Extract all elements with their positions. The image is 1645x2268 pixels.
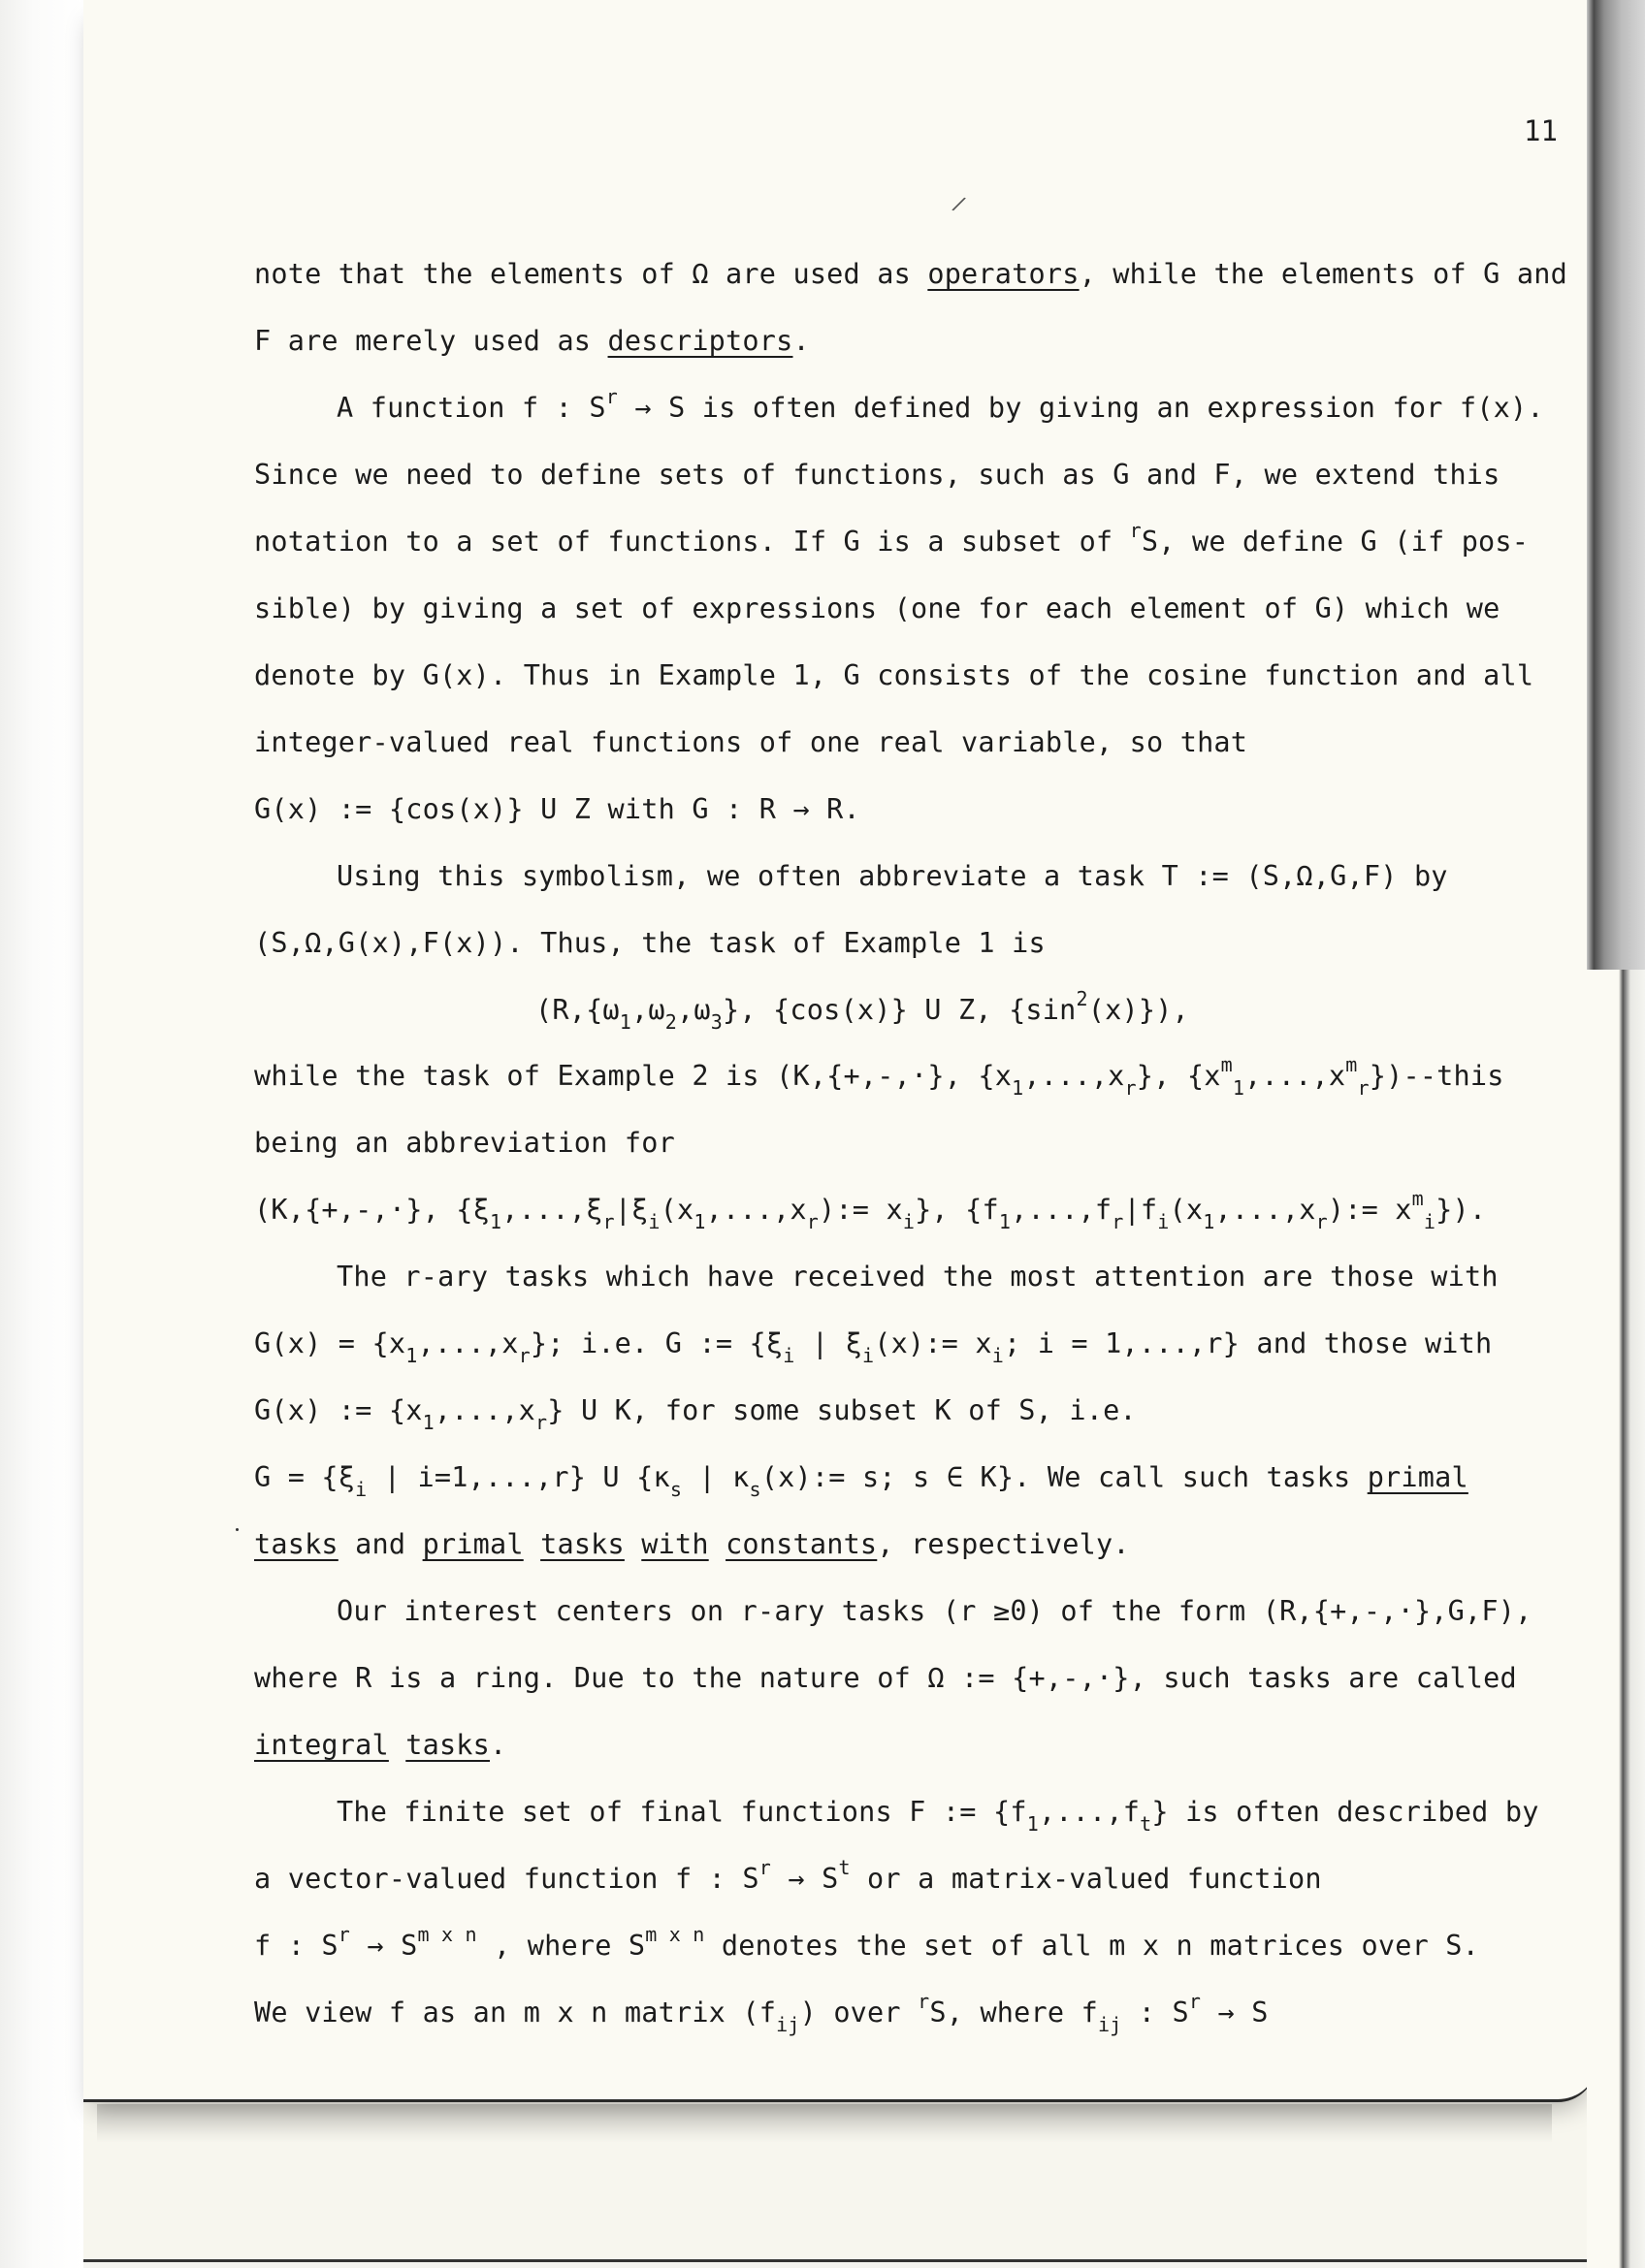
text-line: We view f as an m x n matrix (fij) over … [254,1979,1554,2046]
term-tasks: tasks [540,1528,625,1560]
text-line: F are merely used as descriptors. [254,307,1554,374]
term-tasks: tasks [254,1528,339,1560]
body-text: note that the elements of Ω are used as … [254,240,1554,2046]
text-line: The finite set of final functions F := {… [254,1778,1554,1845]
term-tasks: tasks [405,1729,490,1761]
text-line: G = {ξi | i=1,...,r} U {κs | κs(x):= s; … [254,1444,1554,1511]
term-integral: integral [254,1729,389,1761]
scan-left-margin [0,0,83,2268]
text-line: integer-valued real functions of one rea… [254,709,1554,776]
text-line: sible) by giving a set of expressions (o… [254,575,1554,642]
text-line: f : Sr → Sm x n , where Sm x n denotes t… [254,1912,1554,1979]
text-line: Since we need to define sets of function… [254,441,1554,508]
page-shadow [97,2104,1552,2143]
display-formula: (R,{ω1,ω2,ω3}, {cos(x)} U Z, {sin2(x)}), [254,976,1554,1042]
text-line: being an abbreviation for [254,1109,1554,1176]
text-line: a vector-valued function f : Sr → St or … [254,1845,1554,1912]
text-line: G(x) := {cos(x)} U Z with G : R → R. [254,776,1554,843]
text-line: where R is a ring. Due to the nature of … [254,1645,1554,1711]
scan-right-edge-lower [1587,970,1645,2268]
text-line: notation to a set of functions. If G is … [254,508,1554,575]
text-line: integral tasks. [254,1711,1554,1778]
term-primal: primal [423,1528,524,1560]
text-line: (S,Ω,G(x),F(x)). Thus, the task of Examp… [254,910,1554,976]
term-operators: operators [927,258,1079,290]
text-line: A function f : Sr → S is often defined b… [254,374,1554,441]
stray-dot [236,1528,239,1531]
text-line: (K,{+,-,·}, {ξ1,...,ξr|ξi(x1,...,xr):= x… [254,1176,1554,1243]
term-with: with [641,1528,708,1560]
page-number: 11 [1524,114,1558,147]
text-line: G(x) = {x1,...,xr}; i.e. G := {ξi | ξi(x… [254,1310,1554,1377]
text-line: while the task of Example 2 is (K,{+,-,·… [254,1042,1554,1109]
text-line: The r-ary tasks which have received the … [254,1243,1554,1310]
text-line: note that the elements of Ω are used as … [254,240,1554,307]
text-line: Our interest centers on r-ary tasks (r ≥… [254,1578,1554,1645]
text-line: G(x) := {x1,...,xr} U K, for some subset… [254,1377,1554,1444]
term-primal: primal [1368,1461,1468,1493]
term-descriptors: descriptors [608,325,793,357]
text-line: denote by G(x). Thus in Example 1, G con… [254,642,1554,709]
text-line: tasks and primal tasks with constants, r… [254,1511,1554,1578]
text-line: Using this symbolism, we often abbreviat… [254,843,1554,910]
term-constants: constants [726,1528,877,1560]
